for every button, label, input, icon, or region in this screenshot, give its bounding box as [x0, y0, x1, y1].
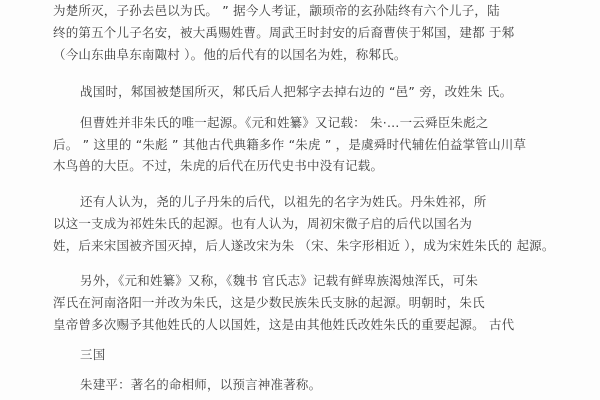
paragraph-4-line-1: 还有人认为，尧的儿子丹朱的后代，以祖先的名字为姓氏。丹朱姓祁，所: [80, 194, 486, 210]
paragraph-1-line-2: 终的第五个儿子名安，被大禹赐姓曹。周武王时封安的后裔曹侠于邾国，建都 于邾: [53, 25, 514, 41]
paragraph-2-line-1: 战国时，邾国被楚国所灭，邾氏后人把邾字去掉右边的 “邑” 旁，改姓朱 氏。: [80, 84, 512, 100]
paragraph-5-line-1: 另外，《元和姓纂》又称，《魏书 官氏志》记载有鲜卑族渴烛浑氏，可朱: [80, 273, 478, 289]
paragraph-4-line-3: 姓，后来宋国被齐国灭掉，后人遂改宋为朱 （宋、朱字形相近 ），成为宋姓朱氏的 起…: [53, 238, 555, 254]
entry-zhu-jianping: 朱建平：著名的命相师，以预言神准著称。: [80, 377, 321, 393]
paragraph-5-line-3: 皇帝曾多次赐予其他姓氏的人以国姓，这是由其他姓氏改姓朱氏的重要起源。 古代: [53, 317, 514, 333]
paragraph-1-line-1: 为楚所灭，子孙去邑以为氏。 ” 据今人考证，颛顼帝的玄孙陆终有六个儿子，陆: [53, 3, 500, 19]
paragraph-3-line-2: 后。 ” 这里的 “朱彪 ” 其他古代典籍多作 “朱虎 ” ，是虞舜时代辅佐伯益…: [53, 137, 526, 153]
section-heading-three-kingdoms: 三国: [80, 347, 105, 363]
paragraph-4-line-2: 以这一支成为祁姓朱氏的起源。也有人认为，周初宋微子启的后代以国名为: [53, 216, 472, 232]
paragraph-3-line-1: 但曹姓并非朱氏的唯一起源。《元和姓纂》又记载： 朱·…一云舜臣朱彪之: [80, 115, 489, 131]
paragraph-1-line-3: （今山东曲阜东南陬村 ）。他的后代有的以国名为姓，称邾氏。: [53, 47, 407, 63]
paragraph-5-line-2: 浑氏在河南洛阳一并改为朱氏，这是少数民族朱氏支脉的起源。明朝时，朱氏: [53, 295, 485, 311]
document-page: 为楚所灭，子孙去邑以为氏。 ” 据今人考证，颛顼帝的玄孙陆终有六个儿子，陆 终的…: [0, 0, 600, 400]
paragraph-3-line-3: 木鸟兽的大臣。不过，朱虎的后代在历代史书中没有记载。: [53, 158, 383, 174]
